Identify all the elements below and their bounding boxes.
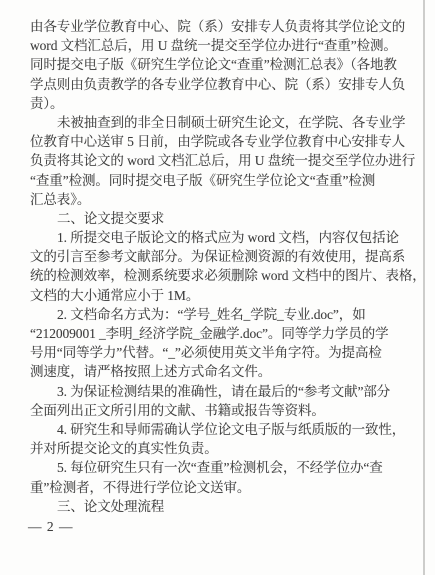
document-lines: 由各专业学位教育中心、院（系）安排专人负责将其学位论文的word 文档汇总后，用… <box>0 17 420 516</box>
text-line: 责）。 <box>0 94 420 113</box>
text-line: 并对所提交论文的真实性负责。 <box>0 439 420 458</box>
text-line: 位教育中心送审 5 日前，由学院或各专业学位教育中心安排专人 <box>0 132 420 151</box>
text-line: “212009001 _李明_经济学院_金融学.doc”。同等学力学员的学 <box>0 324 420 343</box>
text-line: word 文档汇总后，用 U 盘统一提交至学位办进行“查重”检测。 <box>0 36 420 55</box>
text-line: 由各专业学位教育中心、院（系）安排专人负责将其学位论文的 <box>0 17 420 36</box>
text-line: 统的检测效率，检测系统要求必须删除 word 文档中的图片、表格， <box>0 266 420 285</box>
text-line: 3. 为保证检测结果的准确性，请在最后的“参考文献”部分 <box>0 382 420 401</box>
text-line: 文档的大小通常应小于 1M。 <box>0 286 420 305</box>
text-line: 汇总表》。 <box>0 190 420 209</box>
page-number: — 2 — <box>28 519 74 535</box>
scanned-document-page: 由各专业学位教育中心、院（系）安排专人负责将其学位论文的word 文档汇总后，用… <box>0 0 435 575</box>
text-line: 未被抽查到的非全日制硕士研究生论文，在学院、各专业学 <box>0 113 420 132</box>
text-line: 负责将其论文的 word 文档汇总后，用 U 盘统一提交至学位办进行 <box>0 151 420 170</box>
text-line: 全面列出正文所引用的文献、书籍或报告等资料。 <box>0 401 420 420</box>
text-line: 4. 研究生和导师需确认学位论文电子版与纸质版的一致性， <box>0 420 420 439</box>
text-line: 号用“同等学力”代替。“_”必须使用英文半角字符。为提高检 <box>0 343 420 362</box>
text-line: 二、论文提交要求 <box>0 209 420 228</box>
text-line: 1. 所提交电子版论文的格式应为 word 文档，内容仅包括论 <box>0 228 420 247</box>
scan-edge-line <box>423 0 425 575</box>
text-line: 5. 每位研究生只有一次“查重”检测机会，不经学位办“查 <box>0 458 420 477</box>
text-line: 学点则由负责教学的各专业学位教育中心、院（系）安排专人负 <box>0 75 420 94</box>
text-line: “查重”检测。同时提交电子版《研究生学位论文“查重”检测 <box>0 171 420 190</box>
text-line: 文的引言至参考文献部分。为保证检测资源的有效使用，提高系 <box>0 247 420 266</box>
text-line: 三、论文处理流程 <box>0 497 420 516</box>
text-line: 2. 文档命名方式为：“学号_姓名_学院_专业.doc”，如 <box>0 305 420 324</box>
text-line: 同时提交电子版《研究生学位论文“查重”检测汇总表》（各地教 <box>0 55 420 74</box>
text-line: 重”检测者，不得进行学位论文送审。 <box>0 478 420 497</box>
text-line: 测速度，请严格按照上述方式命名文件。 <box>0 362 420 381</box>
